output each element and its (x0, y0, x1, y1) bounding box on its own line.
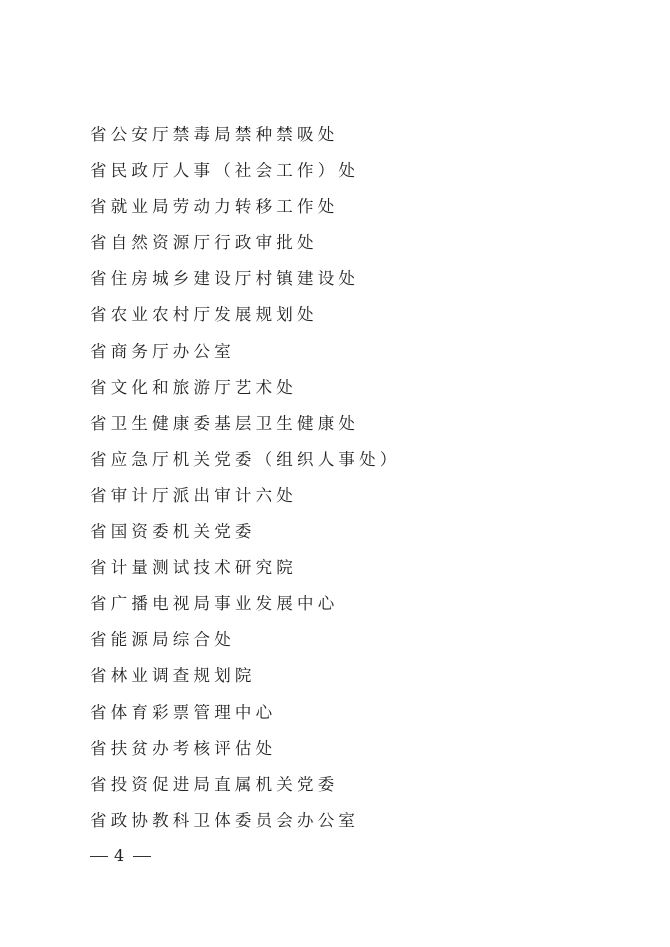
page-number-value: 4 (114, 846, 127, 865)
list-item: 省自然资源厅行政审批处 (90, 229, 401, 265)
list-item: 省就业局劳动力转移工作处 (90, 193, 401, 229)
list-item: 省商务厅办公室 (90, 338, 401, 374)
list-item: 省扶贫办考核评估处 (90, 735, 401, 771)
list-item: 省应急厅机关党委（组织人事处） (90, 446, 401, 482)
list-item: 省体育彩票管理中心 (90, 699, 401, 735)
list-item: 省农业农村厅发展规划处 (90, 301, 401, 337)
organization-list: 省公安厅禁毒局禁种禁吸处 省民政厅人事（社会工作）处 省就业局劳动力转移工作处 … (90, 121, 401, 843)
list-item: 省住房城乡建设厅村镇建设处 (90, 265, 401, 301)
list-item: 省公安厅禁毒局禁种禁吸处 (90, 121, 401, 157)
document-page: 省公安厅禁毒局禁种禁吸处 省民政厅人事（社会工作）处 省就业局劳动力转移工作处 … (0, 0, 670, 947)
list-item: 省计量测试技术研究院 (90, 554, 401, 590)
list-item: 省审计厅派出审计六处 (90, 482, 401, 518)
list-item: 省政协教科卫体委员会办公室 (90, 807, 401, 843)
list-item: 省卫生健康委基层卫生健康处 (90, 410, 401, 446)
list-item: 省广播电视局事业发展中心 (90, 590, 401, 626)
list-item: 省国资委机关党委 (90, 518, 401, 554)
list-item: 省投资促进局直属机关党委 (90, 771, 401, 807)
page-number: 4 (90, 846, 157, 865)
list-item: 省能源局综合处 (90, 626, 401, 662)
list-item: 省民政厅人事（社会工作）处 (90, 157, 401, 193)
list-item: 省林业调查规划院 (90, 662, 401, 698)
dash-right (133, 856, 151, 857)
dash-left (90, 856, 108, 857)
list-item: 省文化和旅游厅艺术处 (90, 374, 401, 410)
